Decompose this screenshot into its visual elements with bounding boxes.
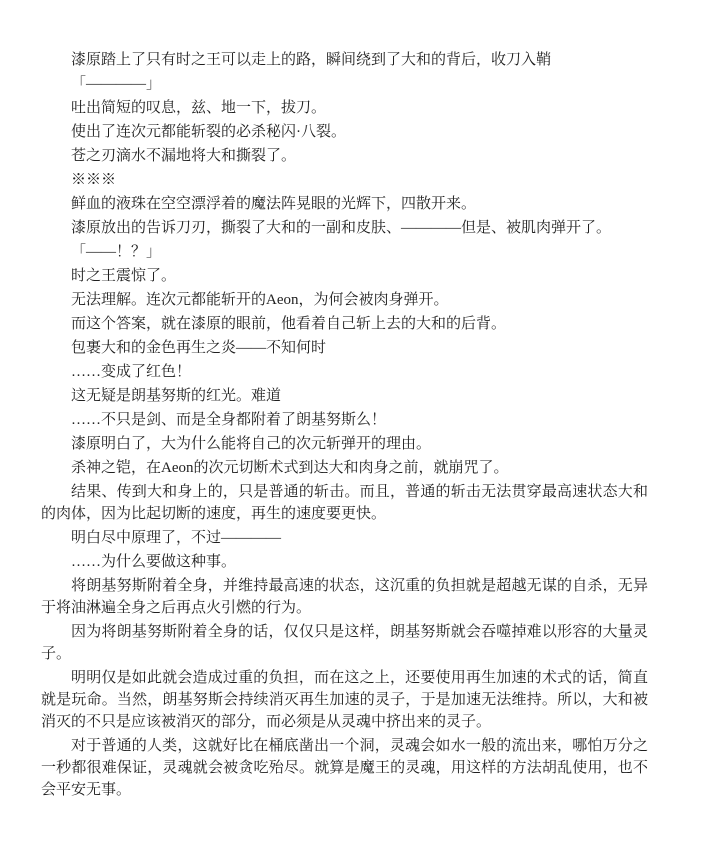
- paragraph: 将朗基努斯附着全身，并维持最高速的状态，这沉重的负担就是超越无谋的自杀，无异于将…: [41, 575, 648, 619]
- paragraph: ……为什么要做这种事。: [41, 551, 648, 573]
- paragraph: 鲜血的液珠在空空漂浮着的魔法阵晃眼的光辉下，四散开来。: [41, 193, 648, 215]
- paragraph: 苍之刃滴水不漏地将大和撕裂了。: [41, 145, 648, 167]
- paragraph: 明白尽中原理了，不过————: [41, 527, 648, 549]
- paragraph: 时之王震惊了。: [41, 265, 648, 287]
- paragraph: 吐出简短的叹息，兹、地一下，拔刀。: [41, 97, 648, 119]
- paragraph: 「——！？」: [41, 241, 648, 263]
- paragraph: 无法理解。连次元都能斩开的Aeon，为何会被肉身弹开。: [41, 289, 648, 311]
- document-page: 漆原踏上了只有时之王可以走上的路，瞬间绕到了大和的背后，收刀入鞘「————」吐出…: [0, 0, 708, 850]
- paragraph: 包裹大和的金色再生之炎——不知何时: [41, 337, 648, 359]
- paragraph: ……不只是剑、而是全身都附着了朗基努斯么！: [41, 409, 648, 431]
- paragraph: 明明仅是如此就会造成过重的负担，而在这之上，还要使用再生加速的术式的话，简直就是…: [41, 667, 648, 733]
- paragraph: 结果、传到大和身上的，只是普通的斩击。而且，普通的斩击无法贯穿最高速状态大和的肉…: [41, 481, 648, 525]
- paragraph: 而这个答案，就在漆原的眼前，他看着自己斩上去的大和的后背。: [41, 313, 648, 335]
- paragraph: ※※※: [41, 169, 648, 191]
- paragraph: 杀神之铠，在Aeon的次元切断术式到达大和肉身之前，就崩咒了。: [41, 457, 648, 479]
- paragraph: 因为将朗基努斯附着全身的话，仅仅只是这样，朗基努斯就会吞噬掉难以形容的大量灵子。: [41, 621, 648, 665]
- paragraph: 对于普通的人类，这就好比在桶底凿出一个洞，灵魂会如水一般的流出来，哪怕万分之一秒…: [41, 735, 648, 801]
- paragraph: 漆原明白了，大为什么能将自己的次元斩弹开的理由。: [41, 433, 648, 455]
- paragraph: 漆原踏上了只有时之王可以走上的路，瞬间绕到了大和的背后，收刀入鞘: [41, 49, 648, 71]
- text-block: 漆原踏上了只有时之王可以走上的路，瞬间绕到了大和的背后，收刀入鞘「————」吐出…: [41, 49, 648, 803]
- paragraph: ……变成了红色！: [41, 361, 648, 383]
- paragraph: 使出了连次元都能斩裂的必杀秘闪·八裂。: [41, 121, 648, 143]
- paragraph: 「————」: [41, 73, 648, 95]
- paragraph: 这无疑是朗基努斯的红光。难道: [41, 385, 648, 407]
- paragraph: 漆原放出的告诉刀刃，撕裂了大和的一副和皮肤、————但是、被肌肉弹开了。: [41, 217, 648, 239]
